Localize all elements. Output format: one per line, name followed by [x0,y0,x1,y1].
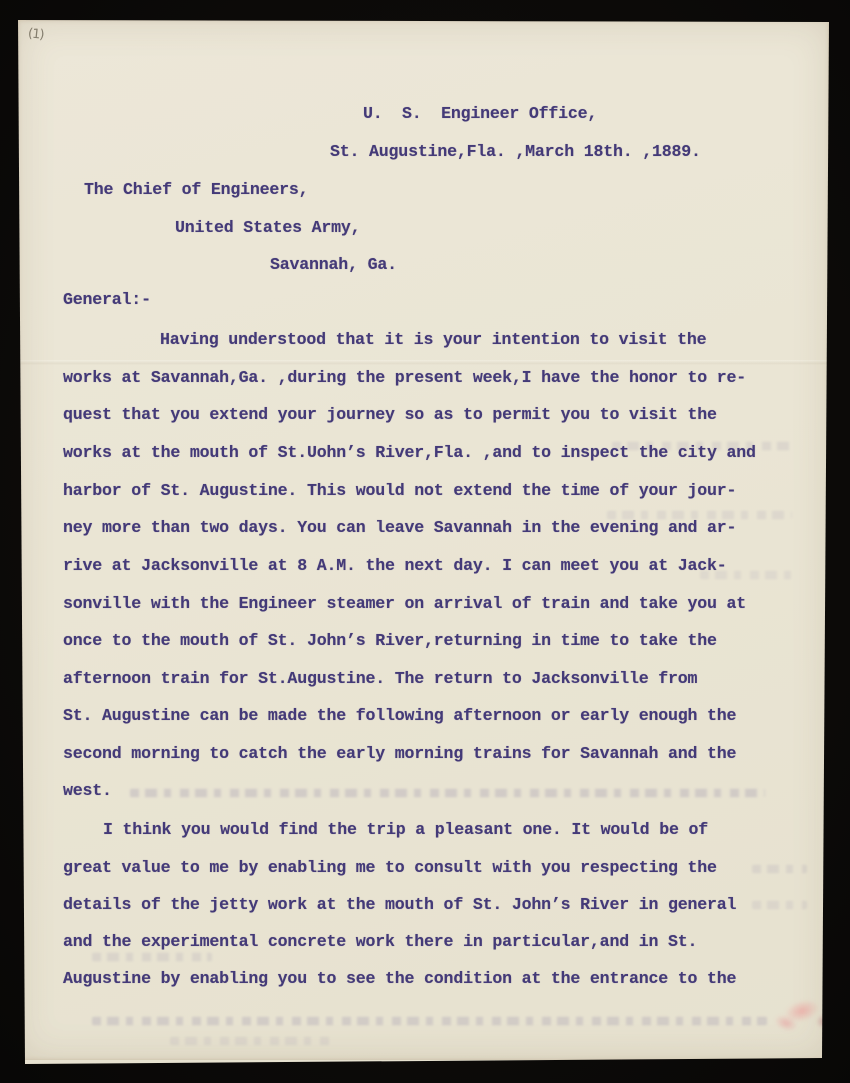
letterhead-office-line: U. S. Engineer Office, [363,106,597,123]
fold-crease [18,360,830,365]
body-line: second morning to catch the early mornin… [63,746,736,763]
ink-bleedthrough [130,789,765,798]
body-line: works at Savannah,Ga. ,during the presen… [63,370,746,387]
ink-bleedthrough [752,865,807,874]
recipient-line-3: Savannah, Ga. [270,257,397,274]
recipient-line-2: United States Army, [175,220,360,237]
body-line: details of the jetty work at the mouth o… [63,897,736,914]
pink-stain [775,991,829,1031]
ink-bleedthrough [92,953,212,962]
page-number-annotation: (1) [27,26,44,43]
body-line: afternoon train for St.Augustine. The re… [63,671,697,688]
scan-background: (1) U. S. Engineer Office, St. Augustine… [0,0,850,1083]
ink-bleedthrough [752,901,807,910]
body-line: works at the mouth of St.Uohn’s River,Fl… [63,445,756,462]
body-line: great value to me by enabling me to cons… [63,860,717,877]
body-line: quest that you extend your journey so as… [63,407,717,424]
body-line: sonville with the Engineer steamer on ar… [63,596,746,613]
pink-stain [768,1008,805,1038]
ink-bleedthrough [170,1037,330,1046]
body-line: Having understood that it is your intent… [160,332,706,349]
body-line: St. Augustine can be made the following … [63,708,736,725]
body-line: and the experimental concrete work there… [63,934,697,951]
letterhead-dateline: St. Augustine,Fla. ,March 18th. ,1889. [330,144,701,161]
recipient-line-1: The Chief of Engineers, [84,182,308,199]
body-line: ney more than two days. You can leave Sa… [63,520,736,537]
body-line: I think you would find the trip a pleasa… [103,822,708,839]
body-line: once to the mouth of St. John’s River,re… [63,633,717,650]
body-line: harbor of St. Augustine. This would not … [63,483,736,500]
ink-bleedthrough [92,1017,767,1026]
body-line: Augustine by enabling you to see the con… [63,971,736,988]
pink-stain [814,1013,834,1030]
body-line: west. [63,783,112,800]
letter-page: (1) U. S. Engineer Office, St. Augustine… [0,0,850,1083]
salutation: General:- [63,292,151,309]
body-line: rive at Jacksonville at 8 A.M. the next … [63,558,727,575]
